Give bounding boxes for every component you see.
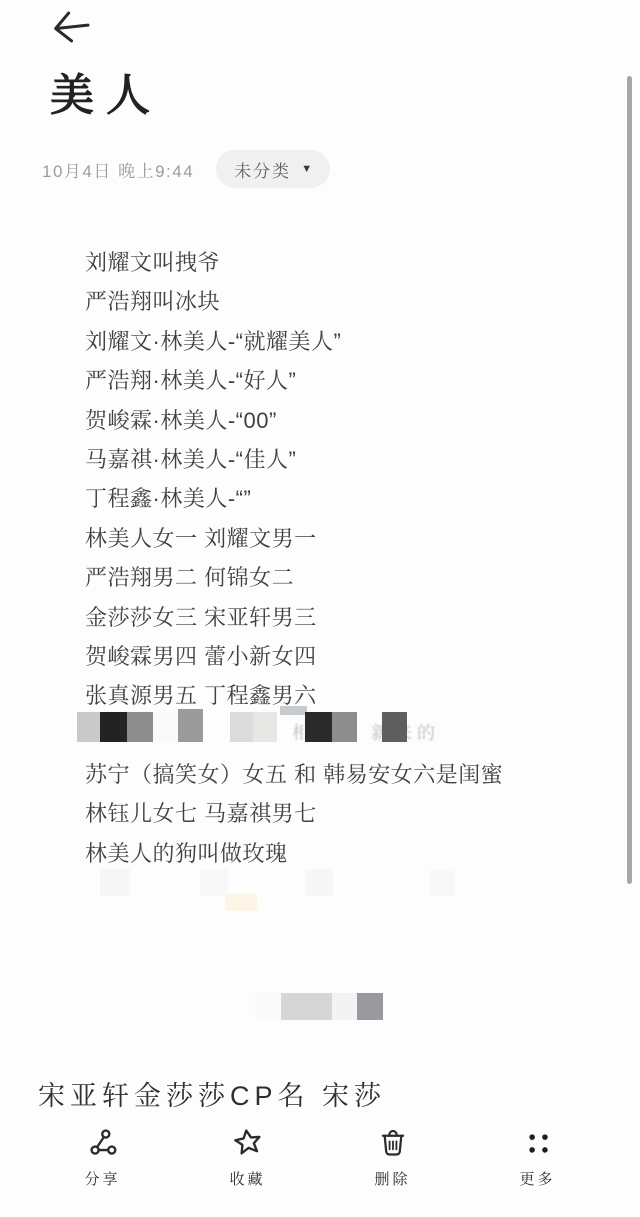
note-body: 刘耀文叫拽爷严浩翔叫冰块刘耀文·林美人-“就耀美人”严浩翔·林美人-“好人”贺峻… bbox=[85, 243, 600, 873]
note-body-line: 刘耀文·林美人-“就耀美人” bbox=[85, 322, 600, 361]
share-label: 分享 bbox=[84, 1168, 120, 1189]
scrollbar[interactable] bbox=[627, 76, 632, 884]
note-body-line: 林美人的狗叫做玫瑰 bbox=[85, 834, 600, 873]
more-label: 更多 bbox=[519, 1168, 555, 1189]
note-body-line: 马嘉祺·林美人-“佳人” bbox=[85, 440, 600, 479]
chevron-down-icon: ▼ bbox=[301, 164, 312, 175]
more-button[interactable]: 更多 bbox=[465, 1115, 610, 1217]
note-body-line: 严浩翔叫冰块 bbox=[85, 282, 600, 321]
redaction-block bbox=[127, 712, 153, 742]
redaction-block bbox=[253, 712, 277, 742]
category-label: 未分类 bbox=[234, 157, 291, 182]
note-body-line: 苏宁（搞笑女）女五 和 韩易安女六是闺蜜 bbox=[85, 755, 600, 794]
note-body-line: 林钰儿女七 马嘉祺男七 bbox=[85, 794, 600, 833]
redaction-block bbox=[100, 869, 130, 896]
delete-label: 删除 bbox=[374, 1168, 410, 1189]
note-body-line: 林美人女一 刘耀文男一 bbox=[85, 519, 600, 558]
note-body-line: 刘耀文叫拽爷 bbox=[85, 243, 600, 282]
note-title: 美人 bbox=[50, 70, 162, 123]
note-body-line: 严浩翔男二 何锦女二 bbox=[85, 558, 600, 597]
delete-button[interactable]: 删除 bbox=[320, 1115, 465, 1217]
note-last-line: 宋亚轩金莎莎CP名 宋莎 bbox=[38, 1074, 386, 1113]
redaction-block bbox=[100, 712, 127, 742]
redaction-block bbox=[230, 712, 253, 742]
note-body-line: 贺峻霖男四 蕾小新女四 bbox=[85, 637, 600, 676]
share-icon bbox=[87, 1127, 119, 1159]
note-meta-row: 10月4日 晚上9:44 未分类 ▼ bbox=[42, 149, 330, 189]
redaction-block bbox=[77, 712, 100, 742]
note-body-line: 张真源男五 丁程鑫男六 bbox=[85, 676, 600, 715]
favorite-button[interactable]: 收藏 bbox=[175, 1115, 320, 1217]
note-date: 10月4日 晚上9:44 bbox=[42, 157, 194, 182]
favorite-label: 收藏 bbox=[229, 1168, 265, 1189]
note-detail-screen: 美人 10月4日 晚上9:44 未分类 ▼ 刘耀文叫拽爷严浩翔叫冰块刘耀文·林美… bbox=[0, 0, 640, 1217]
redaction-block bbox=[255, 993, 281, 1020]
redaction-block bbox=[382, 712, 407, 742]
redaction-block bbox=[200, 869, 228, 896]
more-icon bbox=[522, 1127, 554, 1159]
redaction-block bbox=[305, 712, 332, 742]
redaction-block bbox=[430, 869, 455, 896]
star-icon bbox=[232, 1127, 264, 1159]
redaction-block bbox=[178, 709, 203, 742]
note-body-line: 贺峻霖·林美人-“00” bbox=[85, 401, 600, 440]
note-body-line: 丁程鑫·林美人-“” bbox=[85, 479, 600, 518]
redaction-block bbox=[280, 706, 307, 715]
redaction-block bbox=[332, 993, 357, 1020]
redaction-block bbox=[305, 869, 333, 896]
note-body-line: 金莎莎女三 宋亚轩男三 bbox=[85, 598, 600, 637]
redaction-block bbox=[153, 712, 178, 742]
redaction-block bbox=[332, 712, 357, 742]
bottom-toolbar: 分享 收藏 bbox=[0, 1115, 640, 1217]
back-button[interactable] bbox=[44, 4, 96, 50]
redaction-block bbox=[281, 993, 332, 1020]
share-button[interactable]: 分享 bbox=[30, 1115, 175, 1217]
category-pill[interactable]: 未分类 ▼ bbox=[216, 150, 330, 188]
back-arrow-icon bbox=[47, 6, 93, 49]
redaction-block bbox=[225, 894, 257, 911]
redaction-block bbox=[357, 993, 383, 1020]
note-body-line: 严浩翔·林美人-“好人” bbox=[85, 361, 600, 400]
trash-icon bbox=[377, 1127, 409, 1159]
